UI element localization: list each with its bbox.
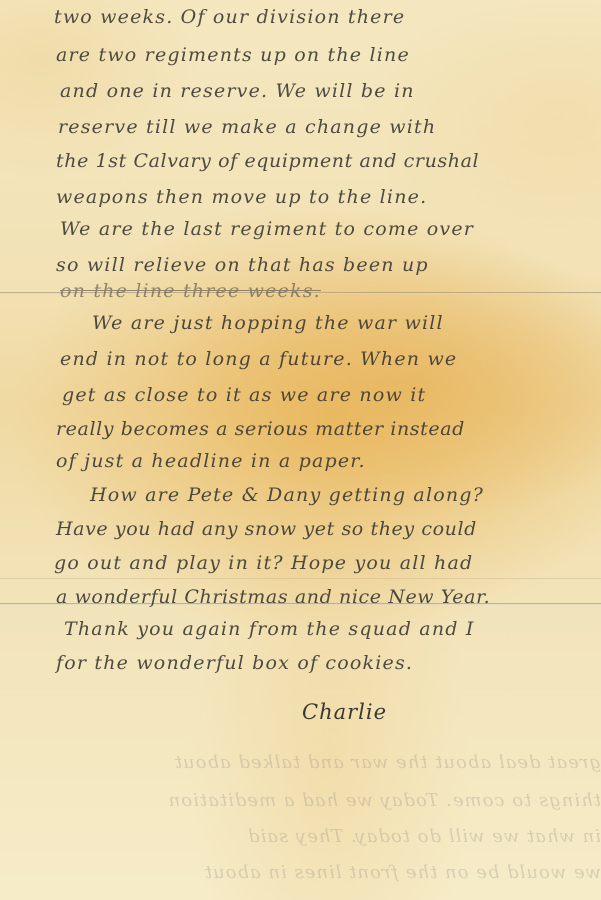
letter-line: end in not to long a future. When we [0,348,601,370]
letter-line-struck: on the line three weeks. [0,280,601,302]
fold-line [0,578,601,580]
bleed-line: things to come. Today we had a meditatio… [0,790,601,811]
letter-line: Have you had any snow yet so they could [0,518,601,540]
letter-line: are two regiments up on the line [0,44,601,66]
letter-line: How are Pete & Dany getting along? [0,484,601,506]
letter-line: the 1st Calvary of equipment and crushal [0,150,601,172]
letter-line: so will relieve on that has been up [0,254,601,276]
letter-line: weapons then move up to the line. [0,186,601,208]
letter-line: for the wonderful box of cookies. [0,652,601,674]
signature: Charlie [302,700,387,724]
letter-line: reserve till we make a change with [0,116,601,138]
bleed-line: great deal about the war and talked abou… [0,752,601,773]
letter-line: Thank you again from the squad and I [0,618,601,640]
letter-line: go out and play in it? Hope you all had [0,552,601,574]
letter-line: We are just hopping the war will [0,312,601,334]
letter-line: two weeks. Of our division there [0,6,601,28]
letter-line: really becomes a serious matter instead [0,418,601,440]
bleed-line: we would be on the front lines in about [0,862,601,883]
letter-line: of just a headline in a paper. [0,450,601,472]
letter-line: a wonderful Christmas and nice New Year. [0,586,601,608]
letter-line: and one in reserve. We will be in [0,80,601,102]
letter-line: We are the last regiment to come over [0,218,601,240]
bleed-line: in what we will do today. They said [0,826,601,847]
letter-line: get as close to it as we are now it [0,384,601,406]
